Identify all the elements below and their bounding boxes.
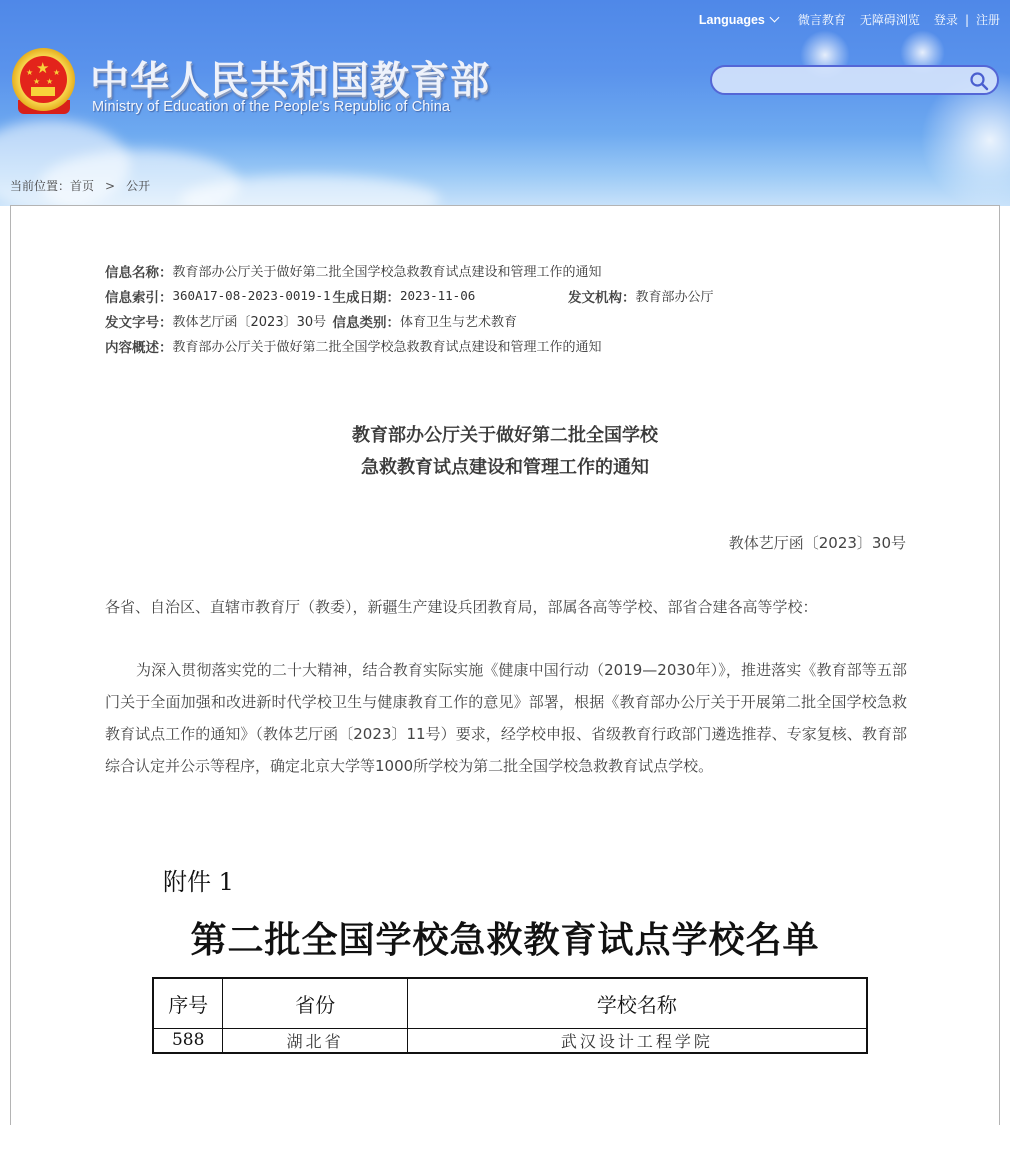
meta-row-summary: 内容概述： 教育部办公厅关于做好第二批全国学校急救教育试点建设和管理工作的通知 [105,333,714,358]
meta-row-index: 信息索引： 360A17-08-2023-0019-1 生成日期： 2023-1… [105,283,714,308]
star-icon: ★ [36,61,49,76]
site-header: ★ ★ ★ ★ ★ 中华人民共和国教育部 Ministry of Educati… [0,0,1010,206]
table-header-row: 序号 省份 学校名称 [153,978,867,1028]
column-header-province: 省份 [223,978,407,1028]
cell-school-name: 武汉设计工程学院 [407,1028,867,1053]
search-box [710,65,999,95]
breadcrumb-public[interactable]: 公开 [126,177,150,194]
cell-province: 湖北省 [223,1028,407,1053]
meta-summary-label: 内容概述： [105,336,173,356]
meta-row-name: 信息名称： 教育部办公厅关于做好第二批全国学校急救教育试点建设和管理工作的通知 [105,258,714,283]
star-icon: ★ [53,69,60,77]
meta-summary-value: 教育部办公厅关于做好第二批全国学校急救教育试点建设和管理工作的通知 [173,336,602,355]
document-metadata: 信息名称： 教育部办公厅关于做好第二批全国学校急救教育试点建设和管理工作的通知 … [105,258,714,358]
breadcrumb-prefix: 当前位置： [10,177,70,194]
breadcrumb-home[interactable]: 首页 [70,177,94,194]
article-doc-number: 教体艺厅函〔2023〕30号 [729,532,906,553]
meta-date-value: 2023-11-06 [400,288,568,303]
article-title-line2: 急救教育试点建设和管理工作的通知 [0,452,1010,484]
column-header-index: 序号 [153,978,223,1028]
meta-category-label: 信息类别： [333,311,401,331]
article-title: 教育部办公厅关于做好第二批全国学校 急救教育试点建设和管理工作的通知 [0,420,1010,484]
star-icon: ★ [26,69,33,77]
article-addressee: 各省、自治区、直辖市教育厅（教委），新疆生产建设兵团教育局，部属各高等学校、部省… [105,591,907,623]
meta-issuer-label: 发文机构： [568,286,636,306]
star-icon: ★ [33,78,40,86]
weiyan-education-link[interactable]: 微言教育 [798,11,846,28]
meta-issuer-value: 教育部办公厅 [636,286,714,305]
register-link[interactable]: 注册 [976,11,1000,28]
chevron-right-icon: > [105,179,115,193]
table-row: 588 湖北省 武汉设计工程学院 [153,1028,867,1053]
accessibility-link[interactable]: 无障碍浏览 [860,11,920,28]
meta-name-label: 信息名称： [105,261,173,281]
tiananmen-icon [31,87,55,96]
link-separator: | [965,13,969,27]
chevron-down-icon [769,13,779,23]
article-body-paragraph: 为深入贯彻落实党的二十大精神，结合教育实际实施《健康中国行动（2019—2030… [105,654,907,782]
meta-docno-value: 教体艺厅函〔2023〕30号 [173,311,333,330]
star-icon: ★ [46,78,53,86]
column-header-school-name: 学校名称 [407,978,867,1028]
languages-label: Languages [699,13,765,27]
emblem-center: ★ ★ ★ ★ ★ [20,56,67,103]
cell-index: 588 [153,1028,223,1053]
meta-category-value: 体育卫生与艺术教育 [400,311,517,330]
search-input[interactable] [722,69,962,91]
meta-docno-label: 发文字号： [105,311,173,331]
national-emblem-logo[interactable]: ★ ★ ★ ★ ★ [12,48,76,118]
site-subtitle: Ministry of Education of the People's Re… [92,99,450,115]
attachment-label: 附件 1 [163,862,234,897]
meta-name-value: 教育部办公厅关于做好第二批全国学校急救教育试点建设和管理工作的通知 [173,261,602,280]
meta-date-label: 生成日期： [333,286,401,306]
top-links: Languages 微言教育 无障碍浏览 登录 | 注册 [699,11,1000,28]
article-title-line1: 教育部办公厅关于做好第二批全国学校 [0,420,1010,452]
search-icon[interactable] [969,71,989,91]
meta-index-value: 360A17-08-2023-0019-1 [173,288,333,303]
meta-row-docno: 发文字号： 教体艺厅函〔2023〕30号 信息类别： 体育卫生与艺术教育 [105,308,714,333]
meta-index-label: 信息索引： [105,286,173,306]
site-title[interactable]: 中华人民共和国教育部 [90,50,490,106]
login-link[interactable]: 登录 [934,11,958,28]
school-list-table: 序号 省份 学校名称 588 湖北省 武汉设计工程学院 [152,977,868,1054]
breadcrumb: 当前位置： 首页 > 公开 [10,177,150,194]
attachment-list-title: 第二批全国学校急救教育试点学校名单 [0,912,1010,963]
languages-dropdown[interactable]: Languages [699,13,784,27]
